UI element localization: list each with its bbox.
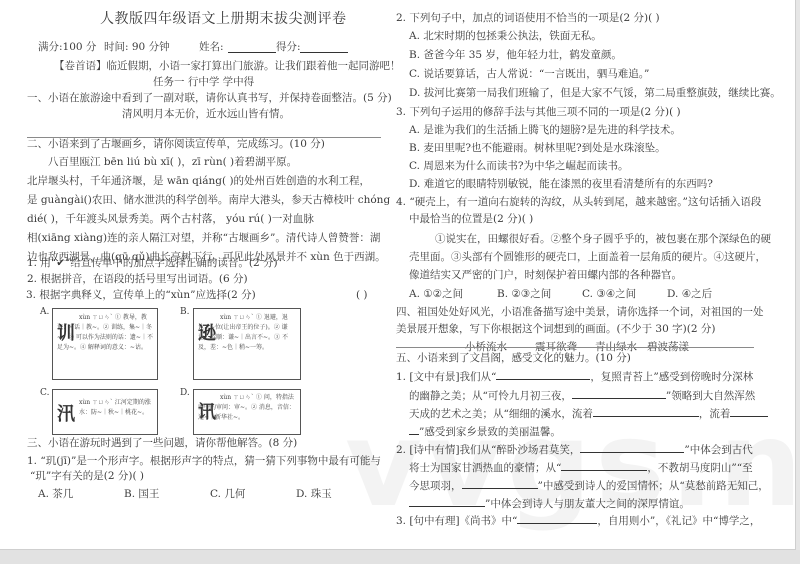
q2-sub2: 2. 根据拼音，在语段的括号里写出词语。(6 分) (27, 272, 248, 286)
text: 天成的艺术之美；从“细细的溪水，流着 (409, 408, 593, 420)
text: ”中体会到诗人与朋友董大之间的深厚情谊。 (485, 498, 690, 510)
fill-blank[interactable] (580, 442, 684, 453)
q2-passage-line: 相(xiāng xiàng)连的亲人隔江对望，并称“古堰画乡”。清代诗人曾赞誉：… (27, 231, 380, 245)
divider (396, 347, 754, 348)
dict-entry-a: 训 xùn ㄒㄩㄣˋ ① 教导，教诲：~话｜教~。② 训练，集~｜冬~。③ 可以… (52, 308, 158, 380)
q2-passage-line: 北岸堰头村，千年通济堰，是 wān qiáng( )的处州百姓创造的水利工程， (27, 174, 370, 188)
q5-heading: 五、小语来到了文昌阁，感受文化的魅力。(10 分) (396, 351, 631, 365)
fill-blank[interactable] (561, 460, 647, 471)
choice-b[interactable]: B. 国王 (124, 487, 159, 501)
q5-s1-line: 的幽静之美；从“可怜九月初三夜，”领略到大自然浑然 (409, 388, 755, 403)
q1-couplet: 清风明月本无价，近水远山皆有情。 (122, 107, 290, 121)
text: ，复照青苔上”感受到傍晚时分深林 (590, 371, 753, 383)
q3-heading: 三、小语在游玩时遇到了一些问题，请你帮他解答。(8 分) (27, 436, 297, 450)
dict-definition: xùn ㄒㄩㄣˋ ① 退避，退让：~位(让出帝王的位子)。② 谦让，恭顺：谦~｜… (198, 313, 296, 353)
fill-blank[interactable] (593, 406, 699, 417)
fill-blank[interactable] (517, 513, 597, 524)
q2-stem: 2. 下列句子中，加点的词语使用不恰当的一项是(2 分)( ) (396, 11, 660, 25)
option-label: A. (40, 307, 49, 317)
q2-sub3: 3. 根据字典释义，宣传单上的“xùn”应选择(2 分) (26, 288, 256, 302)
fill-blank[interactable] (572, 388, 666, 399)
q4-passage-line: ①说实在，田螺很好看。②整个身子圆乎乎的，被包裹在那个深绿色的硬 (435, 232, 771, 246)
fill-blank[interactable] (409, 424, 419, 435)
fill-blank[interactable] (730, 406, 768, 417)
q4-choice-c[interactable]: C. ③④之间 (582, 287, 636, 301)
text: ”中感受到诗人的爱国情怀；从“莫愁前路无知己， (538, 480, 769, 492)
q2-option-b[interactable]: B. 爸爸今年 35 岁，他年轻力壮，鹤发童颜。 (409, 48, 622, 62)
text: ”领略到大自然浑然 (666, 390, 755, 402)
text: 3. [句中有理]《尚书》中“ (396, 515, 517, 527)
choice-c[interactable]: C. 几何 (210, 487, 245, 501)
dict-char: 汛 (57, 400, 75, 426)
dict-definition: xùn ㄒㄩㄣˋ ① 教导，教诲：~话｜教~。② 训练，集~｜冬~。③ 可以作为… (57, 313, 153, 353)
score-field[interactable] (300, 42, 348, 53)
q2-sub1: 1. 用“✔”给宣传单中的加点字选择正确的读音。(2 分) (27, 256, 278, 270)
text: 将士为国家甘洒热血的豪情；从“ (409, 462, 561, 474)
q1-heading: 一、小语在旅游途中看到了一副对联，请你认真书写，并保持卷面整洁。(5 分) (27, 91, 392, 105)
q5-s1-line: 1. [文中有景]我们从“，复照青苔上”感受到傍晚时分深林 (396, 369, 753, 384)
exam-title: 人教版四年级语文上册期末拔尖测评卷 (100, 12, 347, 26)
fill-blank[interactable] (462, 478, 538, 489)
q2-option-c[interactable]: C. 说话要算话，古人常说：“一言既出，驷马难追。” (409, 67, 649, 81)
exam-paper-page: vvgs.net 人教版四年级语文上册期末拔尖测评卷 满分:100 分 时间: … (0, 0, 796, 550)
text: 1. [文中有景]我们从“ (396, 371, 496, 383)
q4-stem-line1: 4. “硬壳上，有一道向右旋转的沟纹，从头转到尾，越来越密。”这句话插入语段 (396, 195, 761, 209)
text: ，不教胡马度阴山”“至 (647, 462, 752, 474)
q5-s2-line: 将士为国家甘洒热血的豪情；从“，不教胡马度阴山”“至 (409, 460, 753, 475)
option-label: C. (40, 388, 49, 398)
q3-option-d[interactable]: D. 难道它的眼睛特别敏锐，能在漆黑的夜里看清楚所有的东西吗? (409, 177, 713, 191)
q2-heading: 二、小语来到了古堰画乡，请你阅读宣传单，完成练习。(10 分) (27, 137, 325, 151)
dict-definition: xùn ㄒㄩㄣˋ 江河定期的涨水：防~｜秋~｜桃花~。 (79, 398, 153, 418)
q5-s2-line: ”中体会到诗人与朋友董大之间的深厚情谊。 (409, 496, 690, 511)
text: ”中体会到古代 (684, 444, 752, 456)
text: ，自用则小”，《礼记》中“博学之， (597, 515, 760, 527)
q4-section-heading-line2: 美景展开想象，写下你根据这个词想到的画面。(不少于 30 字)(2 分) (396, 322, 715, 336)
dict-definition: xùn ㄒㄩㄣˋ ① 问，特指法庭中的审问：审~。② 消息，音信：通~｜新华社~… (198, 393, 296, 423)
q5-s2-line: 2. [诗中有情]我们从“醉卧沙场君莫笑，”中体会到古代 (396, 442, 753, 457)
q5-s3-line: 3. [句中有理]《尚书》中“，自用则小”，《礼记》中“博学之， (396, 513, 760, 528)
viewer-background (0, 550, 800, 564)
dict-entry-d: 讯 xùn ㄒㄩㄣˋ ① 问，特指法庭中的审问：审~。② 消息，音信：通~｜新华… (193, 389, 301, 435)
q2-option-d[interactable]: D. 拔河比赛第一局我们班输了，但是大家不气馁，第二局重整旗鼓，继续比赛。 (409, 86, 781, 100)
q4-passage-line: 壳里面。③头部有个圆锥形的硬壳口，上面盖着一层角质的硬片。④这硬片， (409, 250, 766, 264)
text: 2. [诗中有情]我们从“醉卧沙场君莫笑， (396, 444, 580, 456)
dict-entry-c: 汛 xùn ㄒㄩㄣˋ 江河定期的涨水：防~｜秋~｜桃花~。 (52, 389, 158, 435)
text: 今思项羽， (409, 480, 462, 492)
option-label: D. (180, 388, 190, 398)
q4-stem-line2: 中最恰当的位置是(2 分)( ) (409, 212, 533, 226)
q4-section-heading-line1: 四、祖国处处好风光，小语准备描写途中美景，请你选择一个词，对祖国的一处 (396, 305, 764, 319)
text: ”感受到家乡景致的美丽温馨。 (419, 426, 561, 438)
q3-stem: 3. 下列句子运用的修辞手法与其他三项不同的一项是(2 分)( ) (396, 105, 681, 119)
answer-paren[interactable]: ( ) (356, 288, 368, 302)
fill-blank[interactable] (409, 496, 485, 507)
q3-option-b[interactable]: B. 麦田里呢?也不能避雨。树林里呢?到处是水珠滚坠。 (409, 141, 666, 155)
dict-entry-b: 逊 xùn ㄒㄩㄣˋ ① 退避，退让：~位(让出帝王的位子)。② 谦让，恭顺：谦… (193, 308, 301, 380)
q3-option-a[interactable]: A. 是谁为我们的生活插上腾飞的翅膀?是先进的科学技术。 (409, 123, 681, 137)
name-label: 姓名: (199, 40, 224, 54)
q2-passage-line: 是 guàngài()农田、储水泄洪的科学创举。南岸大港头，参天古樟枝叶 chó… (27, 193, 390, 207)
name-field[interactable] (228, 42, 276, 53)
text: ，流着 (699, 408, 731, 420)
q4-choice-a[interactable]: A. ①②之间 (409, 287, 463, 301)
score-label: 得分: (276, 40, 301, 54)
choice-d[interactable]: D. 珠玉 (296, 487, 332, 501)
fill-blank[interactable] (496, 369, 590, 380)
q5-s1-line: 天成的艺术之美；从“细细的溪水，流着，流着 (409, 406, 768, 421)
exam-time: 时间: 90 分钟 (104, 40, 170, 54)
preface: 【卷首语】临近假期，小语一家打算出门旅游。让我们跟着他一起同游吧！ (54, 59, 401, 73)
q2-passage-line: dié( )，千年渡头风景秀美。两个古村落， yóu rú( )一对血脉 (27, 212, 314, 226)
choice-a[interactable]: A. 茶几 (38, 487, 73, 501)
text: 的幽静之美；从“可怜九月初三夜， (409, 390, 572, 402)
q3-sub1-line1: 1. “玑(jī)”是一个形声字。根据形声字的特点，猜一猜下列事物中最有可能与 (27, 454, 381, 468)
q4-choice-d[interactable]: D. ④之后 (667, 287, 712, 301)
q2-passage-line: 八百里瓯江 bēn liú bù xī( )，zī rùn( )着碧湖平原。 (48, 155, 297, 169)
option-label: B. (180, 307, 189, 317)
q4-choice-b[interactable]: B. ②③之间 (497, 287, 551, 301)
q5-s2-line: 今思项羽，”中感受到诗人的爱国情怀；从“莫愁前路无知己， (409, 478, 769, 493)
q4-passage-line: 像道结实又严密的门户，时刻保护着田螺内部的各种器官。 (409, 268, 682, 282)
q5-s1-line: ”感受到家乡景致的美丽温馨。 (409, 424, 561, 439)
full-score: 满分:100 分 (38, 40, 96, 54)
q3-option-c[interactable]: C. 周恩来为什么而读书?为中华之崛起而读书。 (409, 159, 628, 173)
q2-option-a[interactable]: A. 北宋时期的包拯秉公执法，铁面无私。 (409, 29, 602, 43)
task-title: 任务一 行中学 学中得 (153, 75, 254, 89)
q3-sub1-line2: “玑”字有关的是(2 分)( ) (30, 469, 144, 483)
